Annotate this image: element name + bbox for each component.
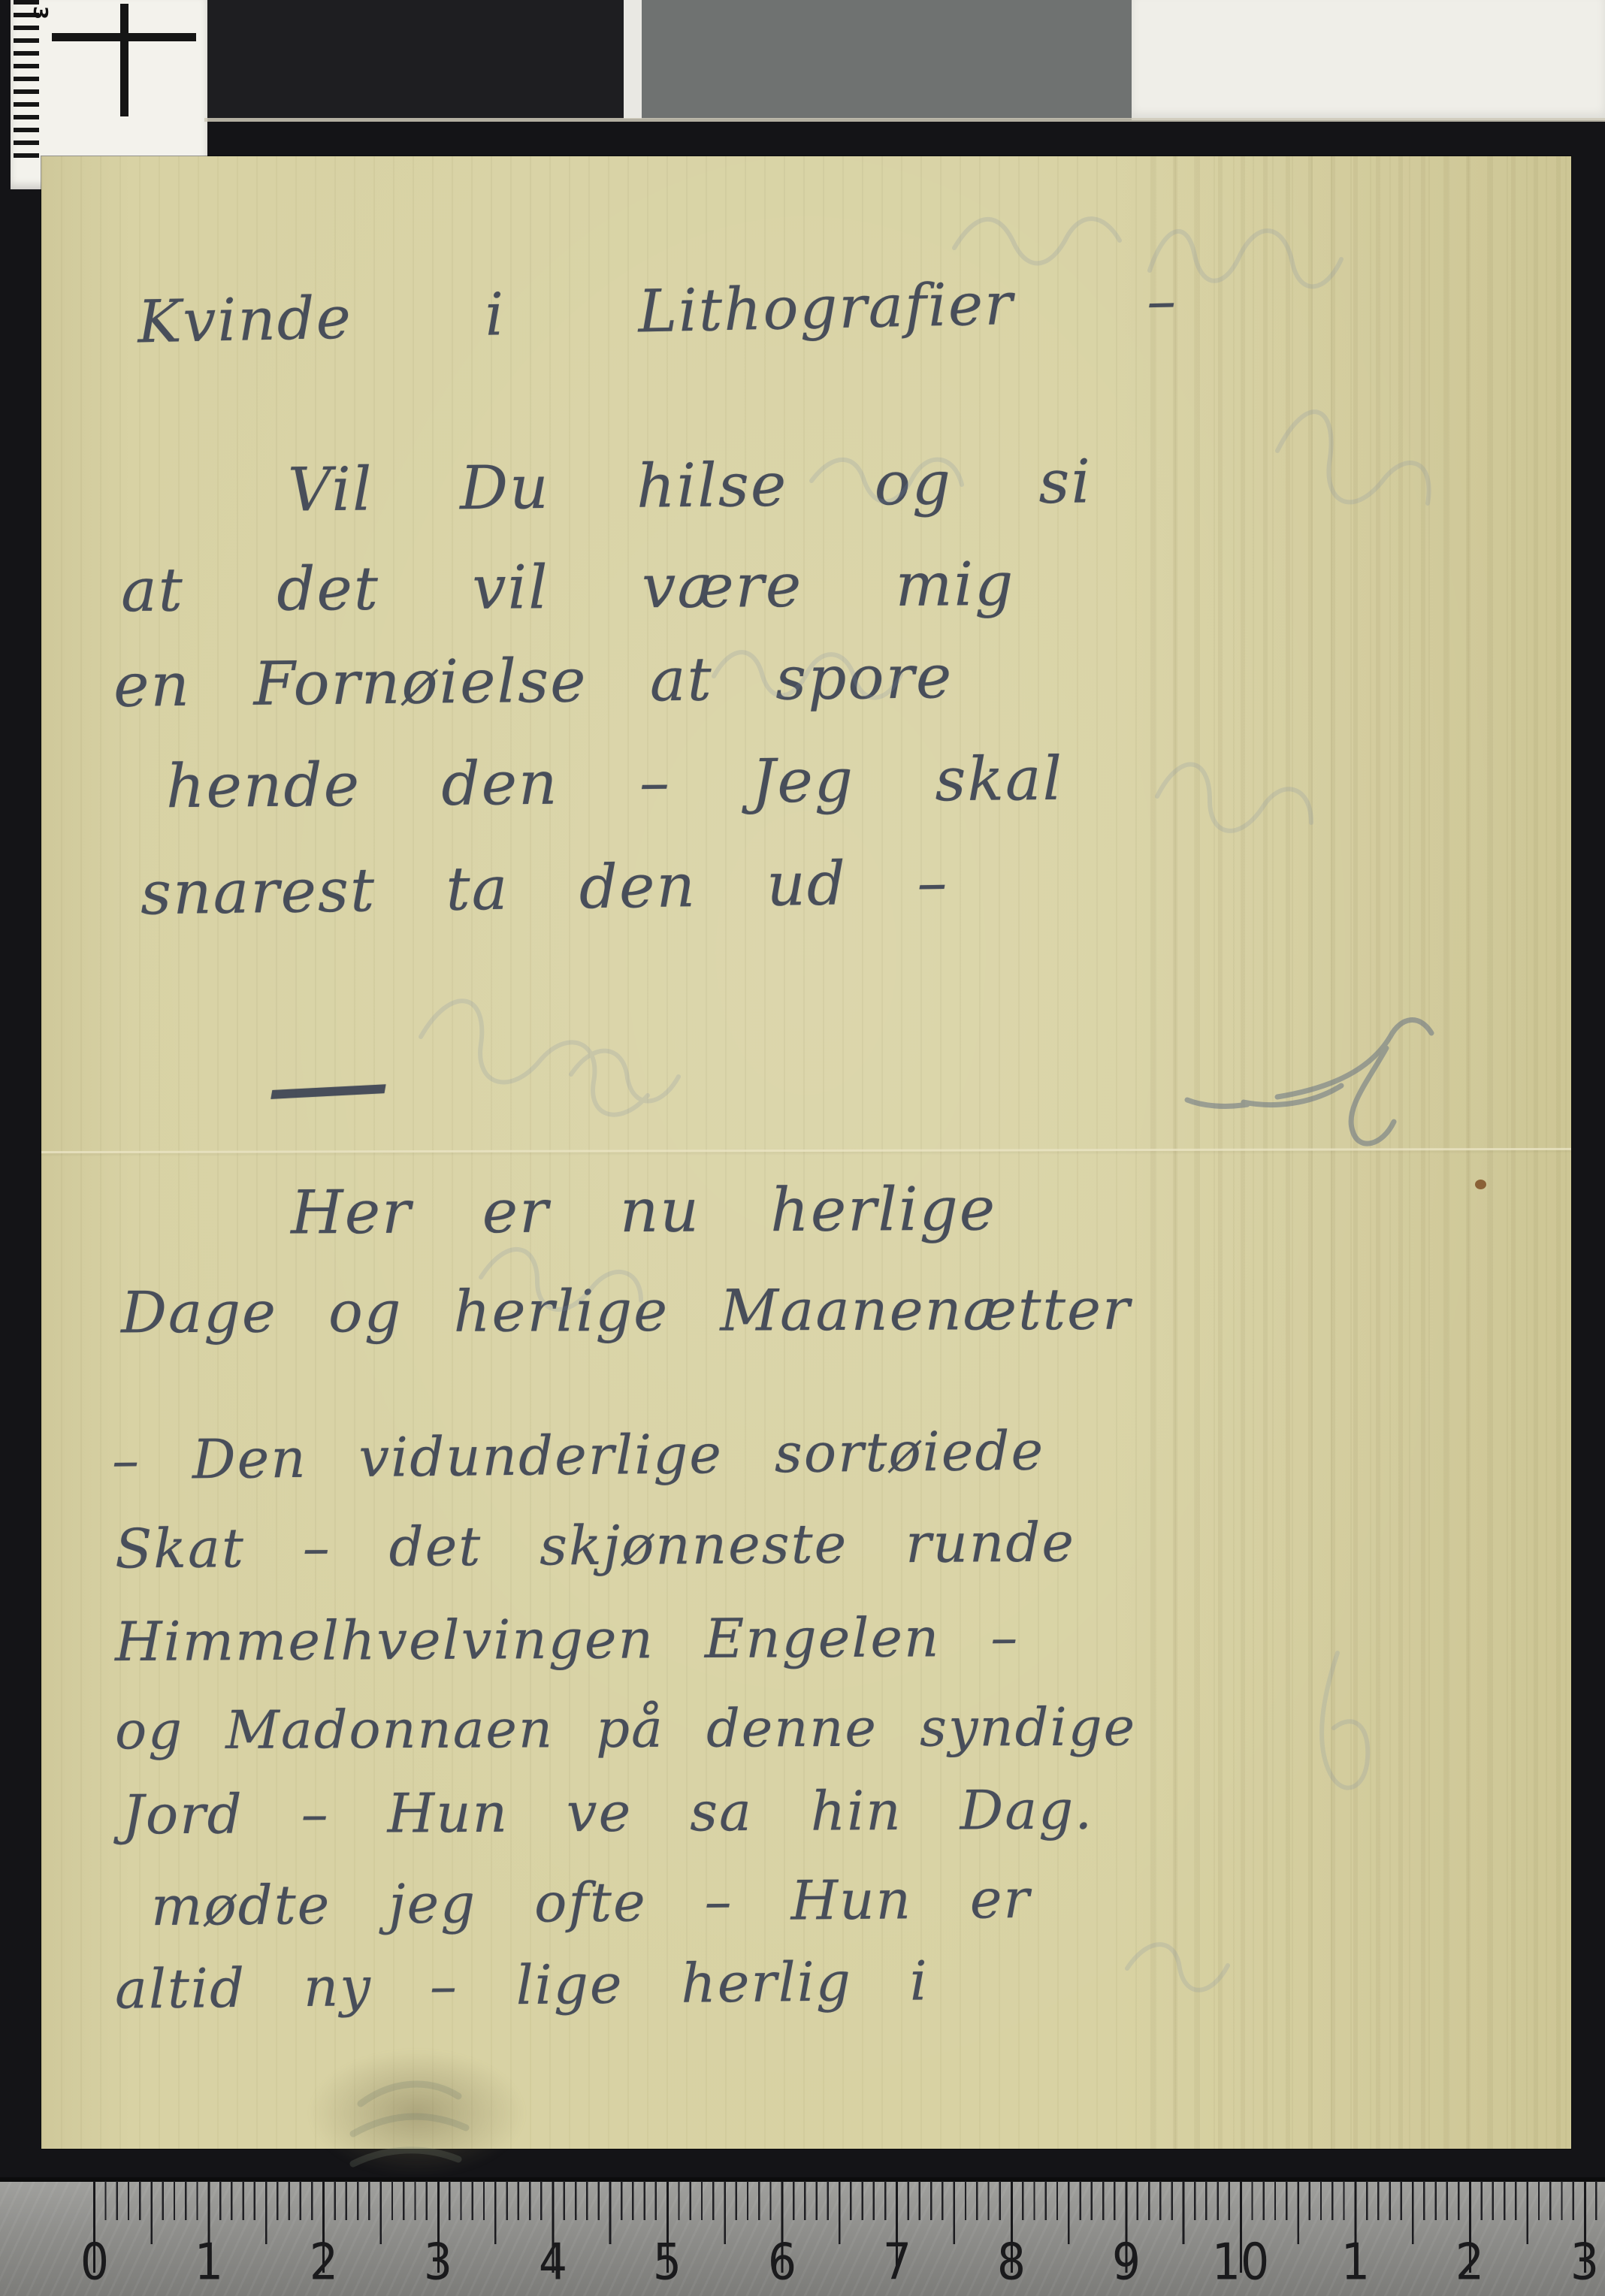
handwriting-line: hende den – Jeg skal [166,744,1064,821]
handwriting-line: Skat – det skjønneste runde [115,1511,1076,1581]
handwriting-line: Himmelhvelvingen Engelen – [115,1606,1020,1673]
handwriting-line: og Madonnaen på denne syndige [115,1696,1136,1762]
handwriting-line: Dage og herlige Maanenætter [121,1276,1132,1346]
mini-scale-ticks [14,0,39,158]
handwriting-line: Her er nu herlige [291,1174,997,1248]
calibration-gray-card [642,0,1132,119]
scan-background: { "calibration": { "corner_digit": "3" }… [0,0,1605,2296]
calibration-strip: 3 [0,0,1605,128]
handwriting-line: Jord – Hun ve sa hin Dag. [122,1778,1094,1847]
handwriting-line: – Den vidunderlige sortøiede [112,1419,1045,1492]
calibration-black-bar [207,0,624,119]
ruler-number: 3 [1570,2233,1599,2291]
ruler-number: 3 [424,2233,452,2291]
ruler-number: 5 [653,2233,682,2291]
ruler-number: 2 [1455,2233,1484,2291]
ruler-number: 1 [195,2233,223,2291]
ruler-number: 9 [1112,2233,1141,2291]
registration-cross-vertical [120,4,128,116]
handwriting-line: snarest ta den ud – [140,847,949,928]
paper-grain-texture [1150,156,1571,2149]
ink-stain [308,2050,526,2177]
ruler-number: 6 [768,2233,796,2291]
ruler-number: 7 [883,2233,911,2291]
calibration-white-gap [624,0,642,119]
ruler-number: 1 [1341,2233,1370,2291]
measuring-ruler: 0 1 2 3 4 5 6 7 8 9 10 1 2 3 [0,2177,1605,2296]
ruler-number: 8 [997,2233,1026,2291]
letter-paper: Kvinde i Lithografier – Vil Du hilse og … [41,156,1571,2149]
handwriting-line: mødte jeg ofte – Hun er [151,1867,1032,1938]
ruler-number: 0 [80,2233,109,2291]
mini-scale-digit: 3 [29,6,51,20]
handwriting-line: en Fornøielse at spore [113,642,954,721]
handwriting-line: altid ny – lige herlig i [115,1949,929,2020]
rust-speck [1475,1180,1486,1189]
ruler-number: 4 [539,2233,567,2291]
handwriting-line: Vil Du hilse og si [288,446,1093,524]
paragraph-dash: — [257,1038,397,1133]
calibration-white-card [1132,0,1605,120]
handwriting-line: at det vil være mig [121,549,1015,625]
calibration-strip-edge [204,118,1605,122]
ruler-number: 10 [1212,2233,1269,2291]
ruler-number: 2 [310,2233,338,2291]
